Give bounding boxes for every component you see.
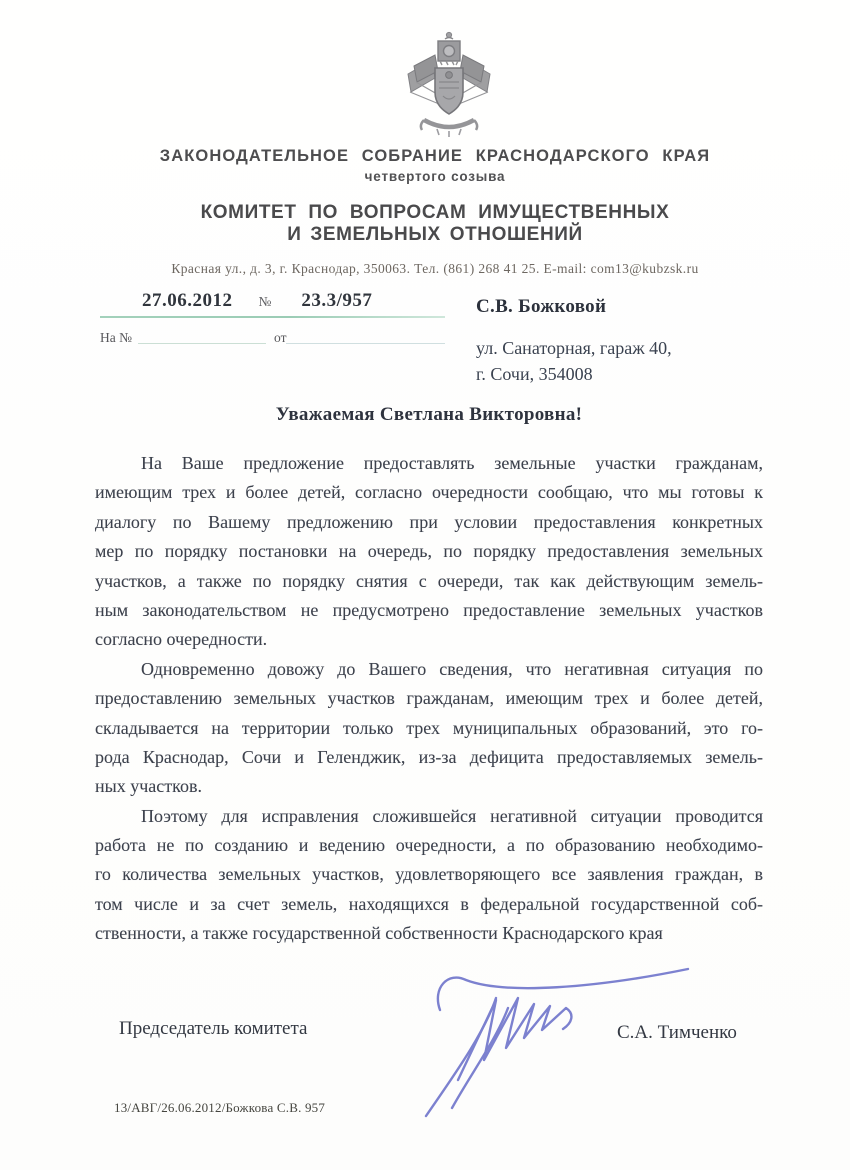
recipient-address-line1: ул. Санаторная, гараж 40, [476,335,776,361]
body-line: работа не по созданию и ведению очередно… [95,831,763,860]
body-line: том числе и за счет земель, находящихся … [95,890,763,919]
reply-reference-row: На № от [100,330,445,346]
body-line: участков, а также по порядку снятия с оч… [95,567,763,596]
recipient-name: С.В. Божковой [476,296,776,318]
recipient-address-line2: г. Сочи, 354008 [476,361,776,387]
committee-name-line1: КОМИТЕТ ПО ВОПРОСАМ ИМУЩЕСТВЕННЫХ [20,202,850,224]
body-line: На Ваше предложение предоставлять земель… [95,449,763,478]
salutation: Уважаемая Светлана Викторовна! [95,404,763,426]
letter-body: На Ваше предложение предоставлять земель… [95,449,763,949]
body-line: имеющим трех и более детей, согласно оче… [95,478,763,507]
convocation-line: четвертого созыва [20,169,850,184]
body-line: ственности, а также государственной собс… [95,919,763,948]
recipient-block: С.В. Божковой ул. Санаторная, гараж 40, … [476,296,776,387]
outgoing-date-row: 27.06.2012 № 23.3/957 [100,290,445,316]
body-line: Поэтому для исправления сложившейся нега… [95,802,763,831]
paragraph-2: Одновременно довожу до Вашего сведения, … [95,655,763,802]
body-line: согласно очередности. [95,625,763,654]
body-line: го количества земельных участков, удовле… [95,860,763,889]
reply-from-label: от [274,330,286,346]
organization-name: ЗАКОНОДАТЕЛЬНОЕ СОБРАНИЕ КРАСНОДАРСКОГО … [20,147,850,166]
body-line: Одновременно довожу до Вашего сведения, … [95,655,763,684]
reply-number-label: На № [100,330,132,346]
reply-date-blank-line [286,343,445,344]
body-line: рода Краснодар, Сочи и Геленджик, из-за … [95,743,763,772]
body-line: диалогу по Вашему предложению при услови… [95,508,763,537]
executor-reference-note: 13/АВГ/26.06.2012/Божкова С.В. 957 [114,1100,325,1116]
committee-name-line2: И ЗЕМЕЛЬНЫХ ОТНОШЕНИЙ [20,224,850,246]
letter-page: ЗАКОНОДАТЕЛЬНОЕ СОБРАНИЕ КРАСНОДАРСКОГО … [0,0,850,1170]
paragraph-3: Поэтому для исправления сложившейся нега… [95,802,763,949]
body-line: ных участков. [95,772,763,801]
body-line: предоставлению земельных участков гражда… [95,684,763,713]
body-line: ным законодательством не предусмотрено п… [95,596,763,625]
signer-title: Председатель комитета [119,1018,307,1040]
number-sign: № [259,294,272,310]
coat-of-arms-icon [402,30,496,138]
body-line: складывается на территории только трех м… [95,714,763,743]
paragraph-1: На Ваше предложение предоставлять земель… [95,449,763,655]
contact-info-line: Красная ул., д. 3, г. Краснодар, 350063.… [20,261,850,277]
signer-name: С.А. Тимченко [617,1022,737,1044]
reference-block: 27.06.2012 № 23.3/957 На № от [100,290,445,346]
reply-number-blank-line [138,343,266,344]
date-underline [100,316,445,318]
outgoing-date: 27.06.2012 [142,290,233,312]
body-line: мер по порядку постановки на очередь, по… [95,537,763,566]
outgoing-number: 23.3/957 [301,290,372,312]
recipient-address: ул. Санаторная, гараж 40, г. Сочи, 35400… [476,335,776,387]
